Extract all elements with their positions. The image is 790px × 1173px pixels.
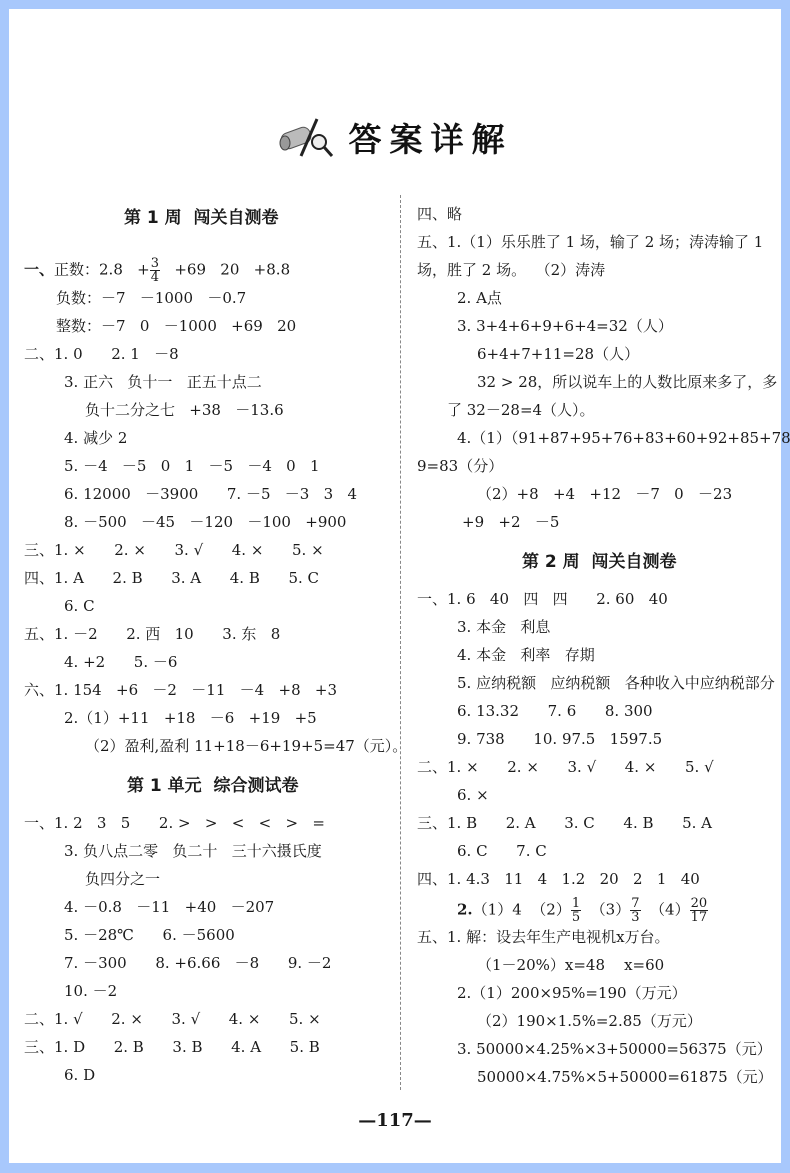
answer-line: 3. 负八点二零 负二十 三十六摄氏度 bbox=[64, 841, 322, 861]
answer-line: 3. 3+4+6+9+6+4=32（人） bbox=[457, 316, 673, 336]
answer-line: 二、1. 0 2. 1 －8 bbox=[24, 344, 179, 364]
section-heading: 第 2 周 闯关自测卷 bbox=[522, 552, 677, 572]
answer-line: 6+4+7+11=28（人） bbox=[477, 344, 639, 364]
title-text: 答案详解 bbox=[349, 114, 513, 161]
scroll-magnifier-icon bbox=[277, 116, 337, 160]
page-number: —117— bbox=[9, 1110, 781, 1131]
answer-line: 六、1. 154 +6 －2 －11 －4 +8 +3 bbox=[24, 680, 337, 700]
answer-line: （2）盈利,盈利 11+18－6+19+5=47（元）。 bbox=[85, 736, 407, 756]
answer-line: 二、1. × 2. × 3. √ 4. × 5. √ bbox=[417, 757, 714, 777]
answer-line: 9=83（分） bbox=[417, 456, 503, 476]
answer-line: 4. 减少 2 bbox=[64, 428, 127, 448]
answer-line: 50000×4.75%×5+50000=61875（元） bbox=[477, 1067, 773, 1087]
answer-line: 三、1. D 2. B 3. B 4. A 5. B bbox=[24, 1037, 320, 1057]
answer-line: 6. 12000 －3900 7. －5 －3 3 4 bbox=[64, 484, 357, 504]
answer-line: 6. C bbox=[64, 596, 95, 616]
answer-line: 了 32－28=4（人）。 bbox=[447, 400, 595, 420]
fraction: 34 bbox=[150, 257, 160, 284]
answer-line: 6. 13.32 7. 6 8. 300 bbox=[457, 701, 653, 721]
answer-line: 负十二分之七 +38 －13.6 bbox=[85, 400, 284, 420]
answer-line: 整数：－7 0 －1000 +69 20 bbox=[56, 316, 296, 336]
answer-line: 4. －0.8 －11 +40 －207 bbox=[64, 897, 274, 917]
answer-line: 6. C 7. C bbox=[457, 841, 547, 861]
answer-line: 2.（1）200×95%=190（万元） bbox=[457, 983, 687, 1003]
answer-line: 7. －300 8. +6.66 －8 9. －2 bbox=[64, 953, 331, 973]
answer-line: 10. －2 bbox=[64, 981, 117, 1001]
answer-line: 32 > 28，所以说车上的人数比原来多了，多 bbox=[477, 372, 777, 392]
answer-line: 5. 应纳税额 应纳税额 各种收入中应纳税部分 bbox=[457, 673, 775, 693]
answer-line: （2）190×1.5%=2.85（万元） bbox=[477, 1011, 702, 1031]
answer-line: 4.（1）（91+87+95+76+83+60+92+85+78）÷ bbox=[457, 428, 790, 448]
column-divider bbox=[400, 195, 401, 1090]
fraction: 15 bbox=[571, 897, 581, 924]
answer-line: 四、1. 4.3 11 4 1.2 20 2 1 40 bbox=[417, 869, 700, 889]
fraction: 73 bbox=[630, 897, 640, 924]
page-title: 答案详解 bbox=[9, 114, 781, 164]
answer-line: 6. D bbox=[64, 1065, 95, 1085]
answer-line: 6. × bbox=[457, 785, 489, 805]
answer-line: 3. 正六 负十一 正五十点二 bbox=[64, 372, 262, 392]
answer-line: 5. －28℃ 6. －5600 bbox=[64, 925, 235, 945]
section-heading: 第 1 周 闯关自测卷 bbox=[124, 208, 279, 228]
answer-line: 3. 50000×4.25%×3+50000=56375（元） bbox=[457, 1039, 772, 1059]
answer-page: 答案详解 第 1 周 闯关自测卷 一、正数：2.8 +34 +69 20 +8.… bbox=[9, 9, 781, 1163]
answer-line: 2. A点 bbox=[457, 288, 502, 308]
answer-line: 2.（1）+11 +18 －6 +19 +5 bbox=[64, 708, 317, 728]
answer-line: （2）+8 +4 +12 －7 0 －23 bbox=[477, 484, 732, 504]
answer-line: 四、1. A 2. B 3. A 4. B 5. C bbox=[24, 568, 319, 588]
answer-line: 负四分之一 bbox=[85, 869, 160, 889]
answer-line: 二、1. √ 2. × 3. √ 4. × 5. × bbox=[24, 1009, 321, 1029]
answer-line: 三、1. × 2. × 3. √ 4. × 5. × bbox=[24, 540, 324, 560]
answer-line: 场，胜了 2 场。 （2）涛涛 bbox=[417, 260, 605, 280]
fraction: 2017 bbox=[690, 897, 709, 924]
answer-line: 五、1.（1）乐乐胜了 1 场，输了 2 场；涛涛输了 1 bbox=[417, 232, 763, 252]
answer-line: 4. +2 5. －6 bbox=[64, 652, 177, 672]
answer-line: 一、1. 6 40 四 四 2. 60 40 bbox=[417, 589, 668, 609]
answer-line: 3. 本金 利息 bbox=[457, 617, 550, 637]
section-heading: 第 1 单元 综合测试卷 bbox=[127, 776, 299, 796]
answer-line: 一、1. 2 3 5 2. > > < < > = bbox=[24, 813, 325, 833]
answer-line: 三、1. B 2. A 3. C 4. B 5. A bbox=[417, 813, 712, 833]
answer-line: 4. 本金 利率 存期 bbox=[457, 645, 595, 665]
answer-line: 四、略 bbox=[417, 204, 462, 224]
answer-line: 五、1. －2 2. 西 10 3. 东 8 bbox=[24, 624, 280, 644]
answer-line: 5. －4 －5 0 1 －5 －4 0 1 bbox=[64, 456, 320, 476]
answer-line: （1－20%）x=48 x=60 bbox=[477, 955, 664, 975]
answer-line: 负数：－7 －1000 －0.7 bbox=[56, 288, 246, 308]
answer-line: 2.（1）4 （2）15 （3）73 （4）2017 bbox=[457, 897, 708, 924]
answer-line: 一、正数：2.8 +34 +69 20 +8.8 bbox=[24, 257, 290, 284]
answer-line: +9 +2 －5 bbox=[462, 512, 559, 532]
answer-line: 8. －500 －45 －120 －100 +900 bbox=[64, 512, 346, 532]
answer-line: 五、1. 解：设去年生产电视机x万台。 bbox=[417, 927, 670, 947]
answer-line: 9. 738 10. 97.5 1597.5 bbox=[457, 729, 662, 749]
